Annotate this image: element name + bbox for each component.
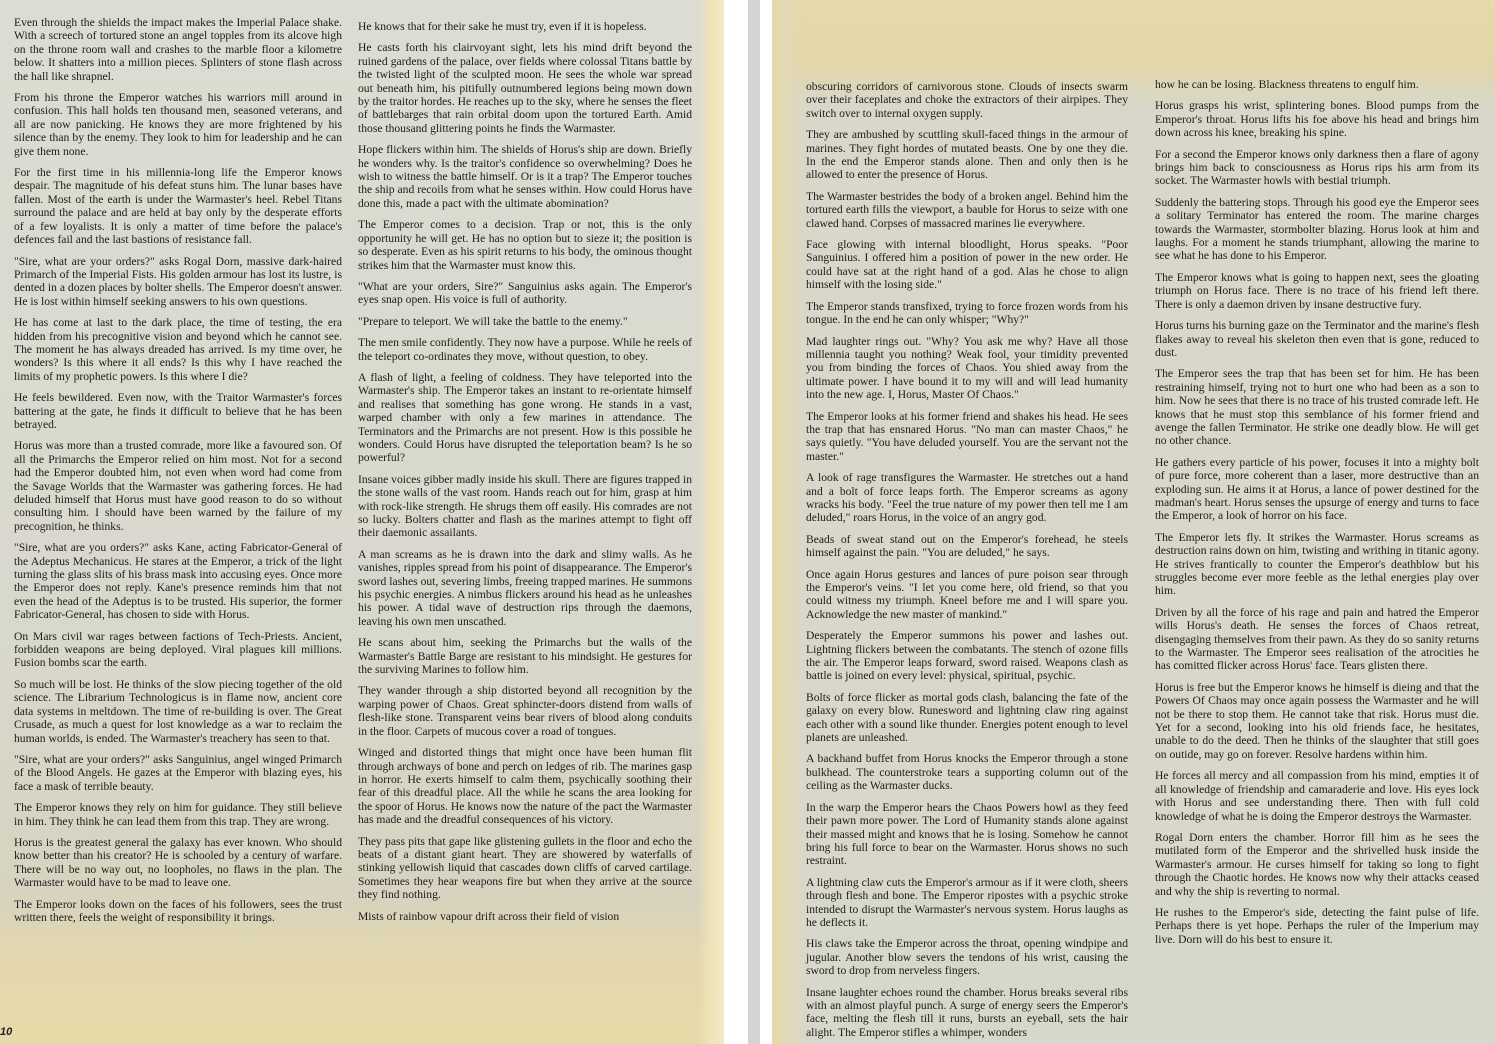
page-gutter-divider [748,0,760,1044]
body-paragraph: They pass pits that gape like glistening… [358,835,692,902]
body-paragraph: The men smile confidently. They now have… [358,336,692,363]
body-paragraph: So much will be lost. He thinks of the s… [14,678,342,745]
body-paragraph: The Emperor looks down on the faces of h… [14,898,342,925]
body-paragraph: "Sire, what are you orders?" asks Kane, … [14,541,342,621]
body-paragraph: "Sire, what are your orders?" asks Rogal… [14,255,342,309]
body-paragraph: The Emperor sees the trap that has been … [1155,367,1479,447]
body-paragraph: He forces all mercy and all compassion f… [1155,769,1479,823]
body-paragraph: Horus grasps his wrist, splintering bone… [1155,99,1479,139]
body-paragraph: A man screams as he is drawn into the da… [358,548,692,628]
body-paragraph: Horus turns his burning gaze on the Term… [1155,319,1479,359]
body-paragraph: Suddenly the battering stops. Through hi… [1155,196,1479,263]
body-paragraph: Insane voices gibber madly inside his sk… [358,473,692,540]
body-paragraph: The Emperor lets fly. It strikes the War… [1155,531,1479,598]
body-paragraph: He knows that for their sake he must try… [358,20,692,33]
body-paragraph: Horus was more than a trusted comrade, m… [14,439,342,533]
left-page-column-1: Even through the shields the impact make… [14,16,342,932]
left-page: Even through the shields the impact make… [0,0,724,1044]
left-page-column-2: He knows that for their sake he must try… [358,20,692,931]
body-paragraph: "What are your orders, Sire?" Sanguinius… [358,280,692,307]
body-paragraph: He has come at last to the dark place, t… [14,316,342,383]
body-paragraph: He feels bewildered. Even now, with the … [14,391,342,431]
body-paragraph: The Emperor stands transfixed, trying to… [806,300,1128,327]
body-paragraph: Rogal Dorn enters the chamber. Horror fi… [1155,831,1479,898]
body-paragraph: He scans about him, seeking the Primarch… [358,636,692,676]
body-paragraph: His claws take the Emperor across the th… [806,937,1128,977]
body-paragraph: Insane laughter echoes round the chamber… [806,986,1128,1040]
right-page-column-1: obscuring corridors of carnivorous stone… [806,80,1128,1044]
body-paragraph: The Emperor knows what is going to happe… [1155,271,1479,311]
body-paragraph: Face glowing with internal bloodlight, H… [806,238,1128,292]
body-paragraph: From his throne the Emperor watches his … [14,91,342,158]
body-paragraph: He casts forth his clairvoyant sight, le… [358,41,692,135]
body-paragraph: On Mars civil war rages between factions… [14,630,342,670]
body-paragraph: The Emperor knows they rely on him for g… [14,801,342,828]
body-paragraph: Once again Horus gestures and lances of … [806,568,1128,622]
page-number: 10 [0,1026,12,1038]
body-paragraph: For a second the Emperor knows only dark… [1155,148,1479,188]
body-paragraph: Horus is the greatest general the galaxy… [14,836,342,890]
body-paragraph: A backhand buffet from Horus knocks the … [806,752,1128,792]
body-paragraph: Mists of rainbow vapour drift across the… [358,910,692,923]
body-paragraph: He rushes to the Emperor's side, detecti… [1155,906,1479,946]
right-page-column-2: how he can be losing. Blackness threaten… [1155,78,1479,954]
body-paragraph: Hope flickers within him. The shields of… [358,143,692,210]
body-paragraph: Winged and distorted things that might o… [358,746,692,826]
body-paragraph: The Emperor comes to a decision. Trap or… [358,218,692,272]
body-paragraph: A look of rage transfigures the Warmaste… [806,471,1128,525]
body-paragraph: He gathers every particle of his power, … [1155,456,1479,523]
body-paragraph: "Prepare to teleport. We will take the b… [358,315,692,328]
body-paragraph: Mad laughter rings out. "Why? You ask me… [806,335,1128,402]
body-paragraph: Bolts of force flicker as mortal gods cl… [806,691,1128,745]
body-paragraph: They are ambushed by scuttling skull-fac… [806,128,1128,182]
body-paragraph: obscuring corridors of carnivorous stone… [806,80,1128,120]
body-paragraph: Driven by all the force of his rage and … [1155,606,1479,673]
body-paragraph: Horus is free but the Emperor knows he h… [1155,681,1479,761]
body-paragraph: The Warmaster bestrides the body of a br… [806,190,1128,230]
body-paragraph: For the first time in his millennia-long… [14,166,342,246]
body-paragraph: Even through the shields the impact make… [14,16,342,83]
body-paragraph: The Emperor looks at his former friend a… [806,410,1128,464]
body-paragraph: They wander through a ship distorted bey… [358,684,692,738]
right-page: obscuring corridors of carnivorous stone… [772,0,1495,1044]
body-paragraph: A flash of light, a feeling of coldness.… [358,371,692,465]
body-paragraph: In the warp the Emperor hears the Chaos … [806,801,1128,868]
body-paragraph: Beads of sweat stand out on the Emperor'… [806,533,1128,560]
body-paragraph: how he can be losing. Blackness threaten… [1155,78,1479,91]
body-paragraph: A lightning claw cuts the Emperor's armo… [806,876,1128,930]
body-paragraph: Desperately the Emperor summons his powe… [806,629,1128,683]
body-paragraph: "Sire, what are your orders?" asks Sangu… [14,753,342,793]
